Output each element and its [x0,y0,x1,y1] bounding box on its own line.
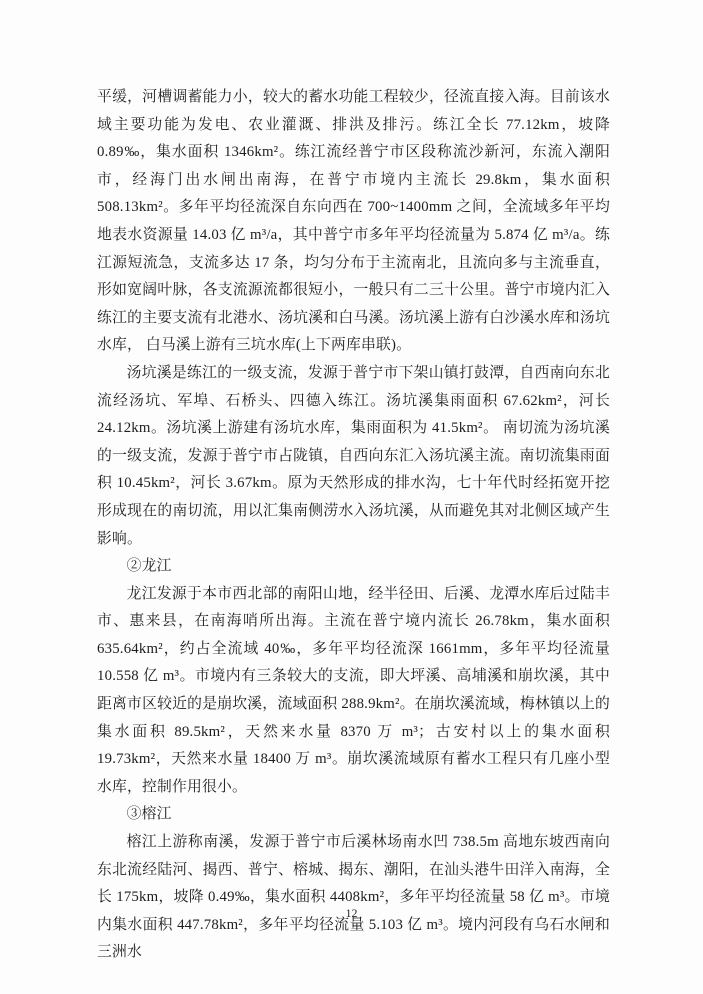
page-number: 12 [0,906,703,921]
page-text-block: 平缓，河槽调蓄能力小，较大的蓄水功能工程较少，径流直接入海。目前该水域主要功能为… [97,84,610,967]
section-heading-longjiang: ②龙江 [97,553,610,581]
paragraph-rongjiang: 榕江上游称南溪，发源于普宁市后溪林场南水凹 738.5m 高地东坡西南向东北流经… [97,829,610,967]
paragraph-lianjiang-continued: 平缓，河槽调蓄能力小，较大的蓄水功能工程较少，径流直接入海。目前该水域主要功能为… [97,84,610,360]
section-heading-rongjiang: ③榕江 [97,801,610,829]
document-page: 平缓，河槽调蓄能力小，较大的蓄水功能工程较少，径流直接入海。目前该水域主要功能为… [0,0,703,994]
paragraph-longjiang: 龙江发源于本市西北部的南阳山地，经半径田、后溪、龙潭水库后过陆丰市、惠来县，在南… [97,581,610,802]
paragraph-tangkengxi: 汤坑溪是练江的一级支流，发源于普宁市下架山镇打鼓潭，自西南向东北流经汤坑、军埠、… [97,360,610,553]
